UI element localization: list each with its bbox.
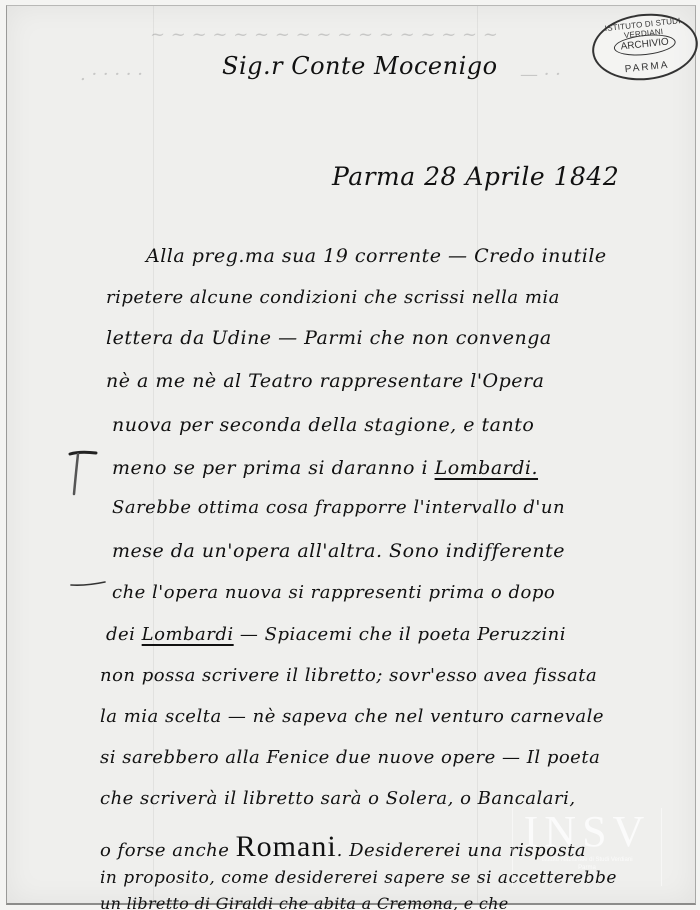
underlined-title: Lombardi. — [435, 457, 538, 479]
body-line: che l'opera nuova si rappresenti prima o… — [112, 582, 555, 603]
body-line: ripetere alcune condizioni che scrissi n… — [106, 287, 560, 308]
body-line: Alla preg.ma sua 19 corrente — Credo inu… — [146, 245, 607, 267]
show-through-text: . · · · · · — [80, 64, 143, 85]
body-line-text: meno se per prima si daranno i — [112, 457, 428, 479]
watermark-logo: INSV — [513, 808, 661, 856]
date-line: Parma 28 Aprile 1842 — [332, 162, 619, 191]
body-line: non possa scrivere il libretto; sovr'ess… — [100, 665, 597, 686]
body-line: meno se per prima si daranno i Lombardi. — [112, 457, 538, 479]
watermark-subtitle: Parma — [513, 864, 661, 872]
fold-line — [477, 6, 478, 903]
body-line: mese da un'opera all'altra. Sono indiffe… — [112, 540, 565, 562]
show-through-text: — · · — [520, 64, 561, 85]
body-line: lettera da Udine — Parmi che non conveng… — [106, 327, 552, 349]
body-line: che scriverà il libretto sarà o Solera, … — [100, 788, 576, 809]
body-line: si sarebbero alla Fenice due nuove opere… — [100, 747, 600, 768]
margin-dash-mark — [70, 581, 106, 587]
body-line: nè a me nè al Teatro rappresentare l'Ope… — [106, 370, 544, 392]
margin-bracket-mark — [68, 450, 98, 500]
letter-page — [6, 5, 696, 905]
underlined-title: Lombardi — [142, 624, 234, 645]
body-line: la mia scelta — nè sapeva che nel ventur… — [100, 706, 604, 727]
show-through-text: ~ ~ ~ ~ ~ ~ ~ ~ ~ ~ ~ ~ ~ ~ ~ ~ ~ — [150, 24, 498, 45]
watermark-subtitle: Istituto Nazionale di Studi Verdiani — [513, 856, 661, 864]
body-line-text: — Spiacemi che il poeta Peruzzini — [234, 624, 566, 645]
body-line-text: o forse anche — [100, 840, 229, 861]
fold-line — [153, 6, 154, 903]
emphasized-name: Romani — [236, 830, 337, 863]
institute-watermark: INSV Istituto Nazionale di Studi Verdian… — [512, 808, 662, 886]
body-line-text: dei — [106, 624, 135, 645]
addressee: Sig.r Conte Mocenigo — [222, 52, 498, 80]
body-line: nuova per seconda della stagione, e tant… — [112, 414, 534, 436]
body-line: dei Lombardi — Spiacemi che il poeta Per… — [106, 624, 566, 645]
body-line: Sarebbe ottima cosa frapporre l'interval… — [112, 497, 565, 518]
body-line: un libretto di Giraldi che abita a Cremo… — [100, 894, 509, 910]
